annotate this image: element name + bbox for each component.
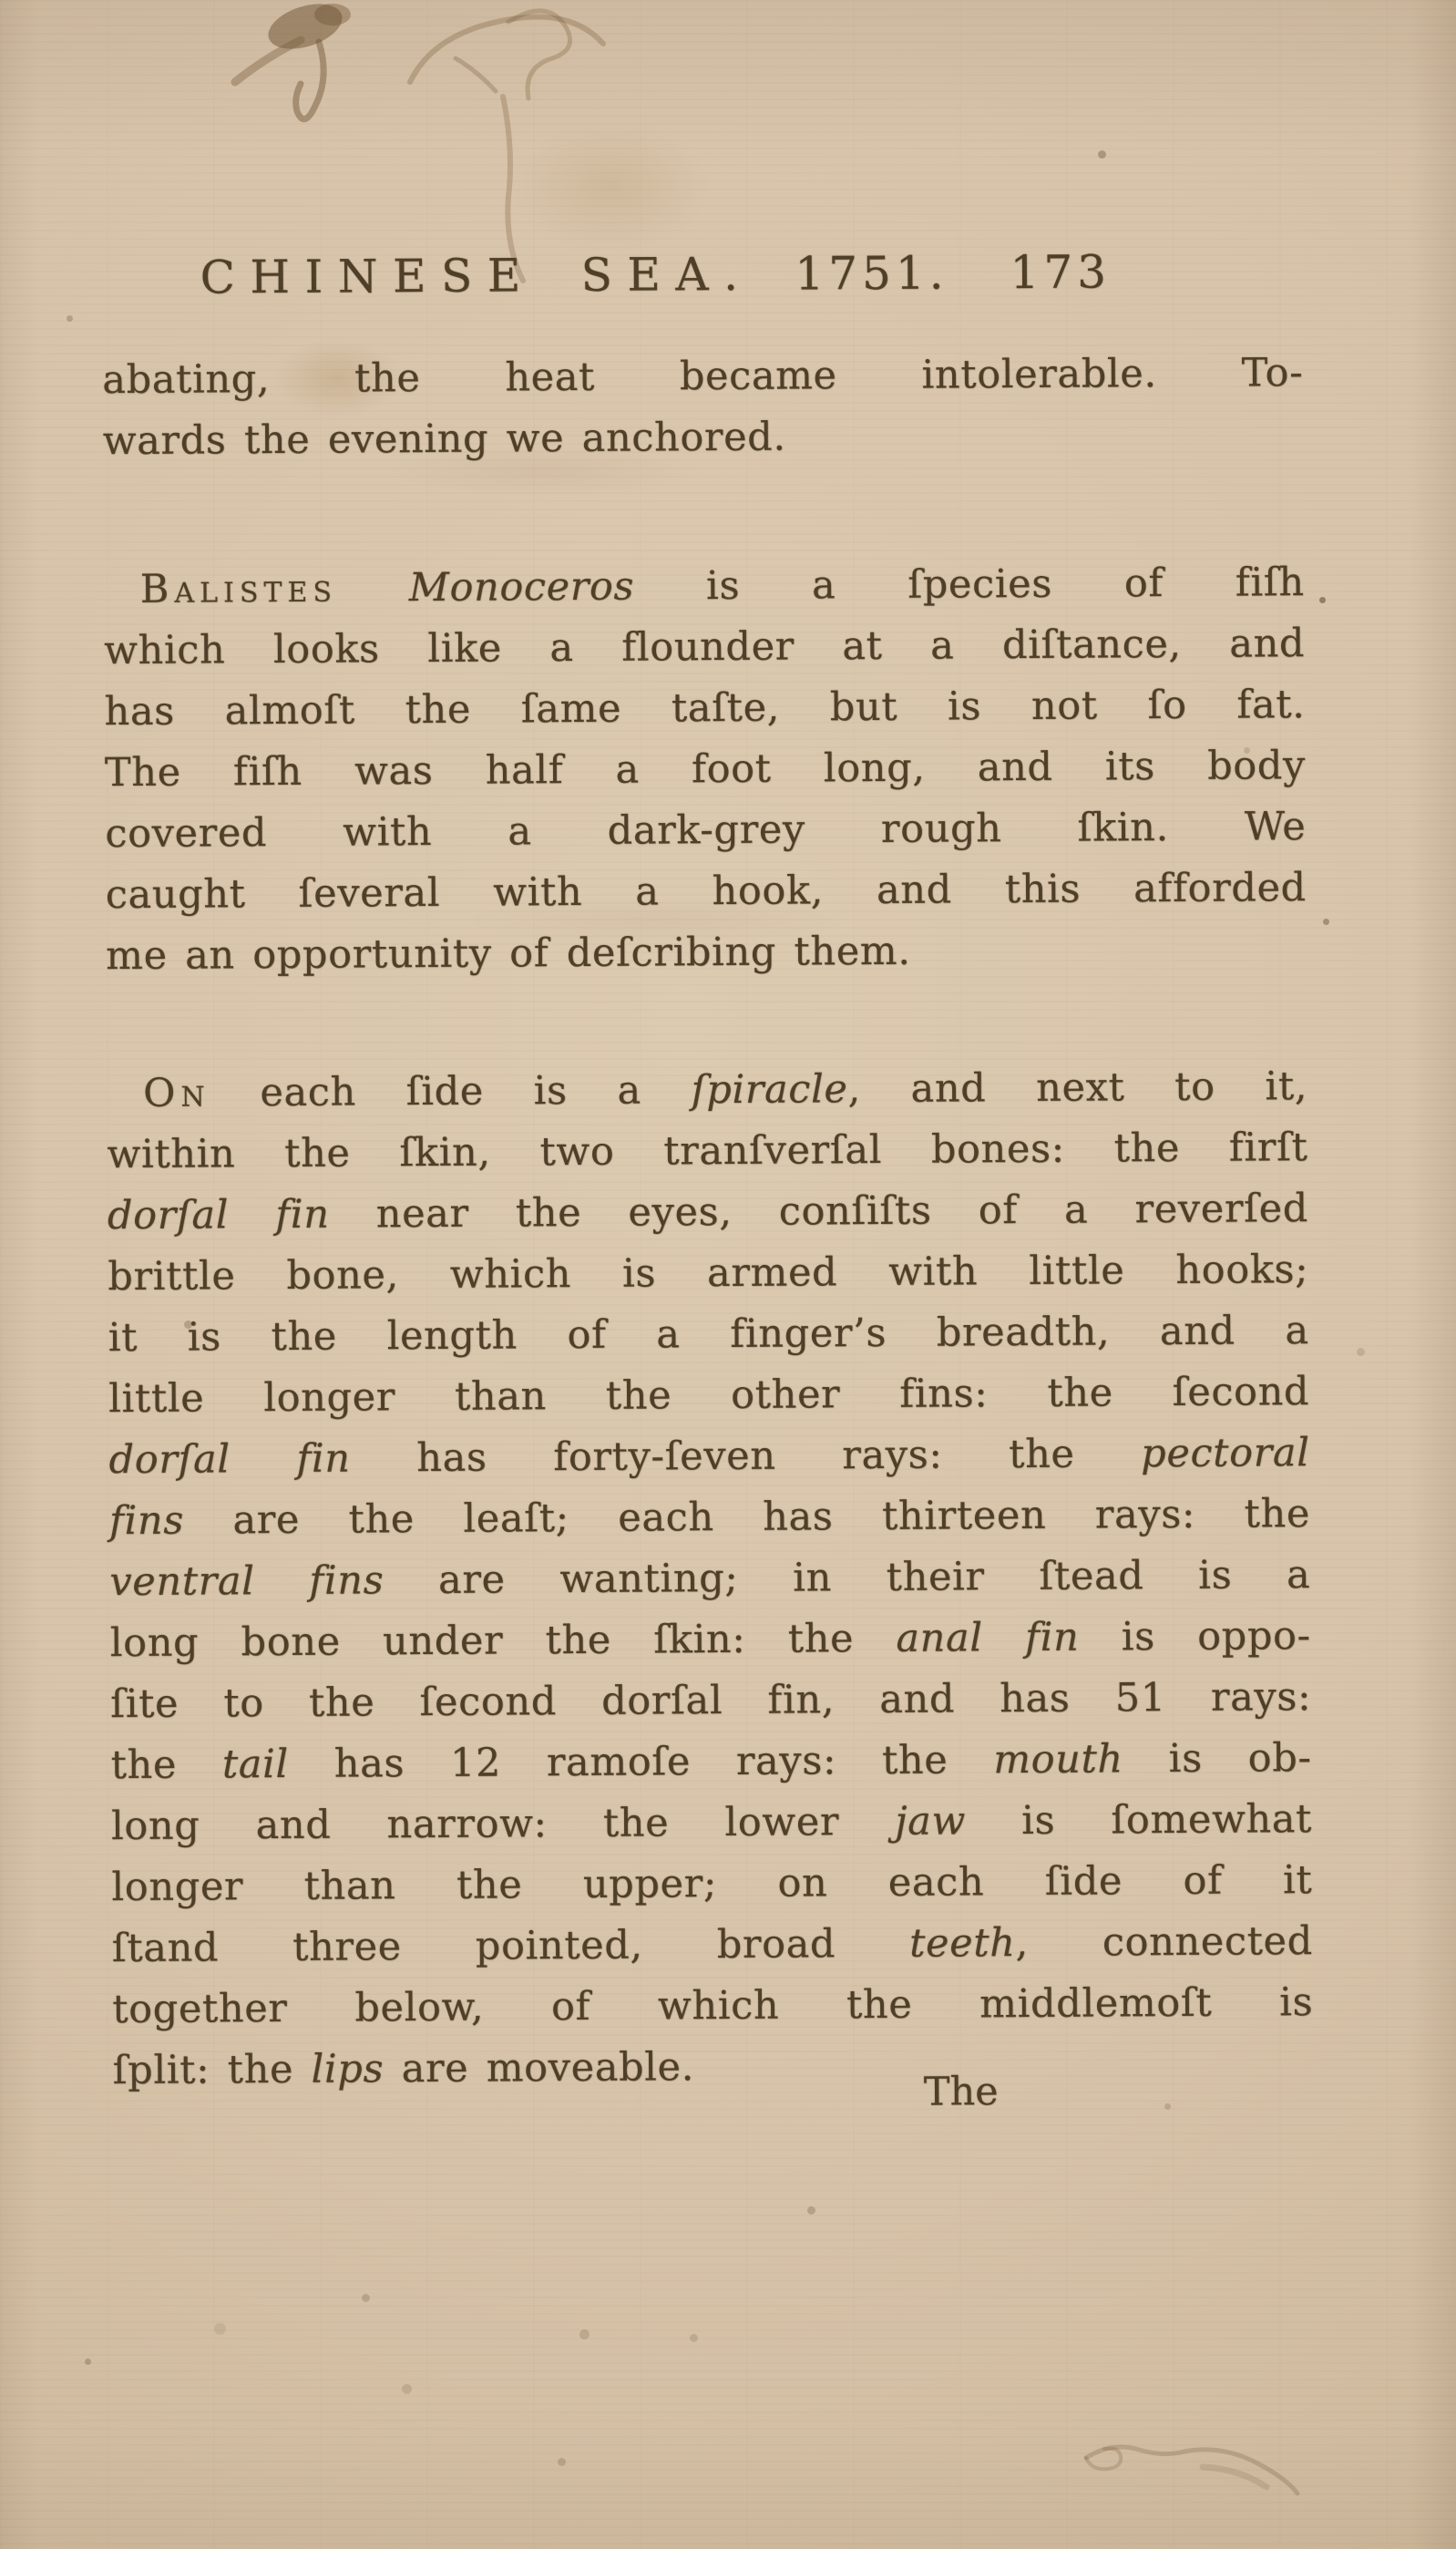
text-segment: is a ſpecies of fiſh bbox=[634, 560, 1305, 609]
header-title: CHINESE SEA. bbox=[200, 248, 753, 304]
text-line: wards the evening we anchored. bbox=[103, 404, 1304, 472]
text-segment: caught ſeveral with a hook, and this aff… bbox=[106, 865, 1307, 918]
text-line: ſtand three pointed, broad teeth, connec… bbox=[112, 1911, 1313, 1979]
body-text: abating, the heat became intolerable. To… bbox=[102, 343, 1314, 2102]
text-line: fins are the leaſt; each has thirteen ra… bbox=[109, 1484, 1310, 1552]
text-line: abating, the heat became intolerable. To… bbox=[102, 343, 1303, 411]
text-line: it is the length of a finger’s breadth, … bbox=[108, 1300, 1309, 1369]
paragraph: Balistes Monoceros is a ſpecies of fiſhw… bbox=[104, 552, 1307, 987]
paragraph: On each ſide is a ſpiracle, and next to … bbox=[107, 1056, 1314, 2102]
text-segment: tail bbox=[222, 1742, 289, 1787]
text-line: The fiſh was half a foot long, and its b… bbox=[105, 735, 1306, 804]
running-header: CHINESE SEA. 1751. 173 bbox=[101, 244, 1302, 304]
text-segment: the bbox=[110, 1742, 222, 1788]
text-segment: which looks like a flounder at a diſtanc… bbox=[104, 621, 1305, 673]
paper-specks bbox=[0, 0, 6, 6]
text-line: Balistes Monoceros is a ſpecies of fiſh bbox=[104, 552, 1305, 621]
text-segment: near the eyes, conſiſts of a reverſed bbox=[329, 1186, 1308, 1238]
text-segment: has forty-ſeven rays: the bbox=[351, 1431, 1142, 1481]
text-segment: each ſide is a bbox=[210, 1067, 692, 1115]
text-segment: is oppo- bbox=[1079, 1613, 1311, 1660]
text-segment: lips bbox=[311, 2046, 384, 2092]
text-segment: long bone under the ſkin: the bbox=[110, 1616, 897, 1666]
text-segment: together below, of which the middlemoſt … bbox=[112, 1979, 1313, 2032]
text-segment: mouth bbox=[993, 1736, 1123, 1783]
text-line: ventral fins are wanting; in their ſtead… bbox=[109, 1545, 1310, 1613]
text-line: caught ſeveral with a hook, and this aff… bbox=[106, 858, 1307, 926]
text-line: covered with a dark-grey rough ſkin. We bbox=[105, 797, 1306, 865]
text-segment: covered with a dark-grey rough ſkin. We bbox=[105, 804, 1306, 857]
text-line: little longer than the other fins: the ſ… bbox=[108, 1362, 1309, 1430]
text-line: longer than the upper; on each ſide of i… bbox=[111, 1850, 1312, 1918]
text-segment: dorſal fin bbox=[108, 1192, 330, 1239]
text-segment: pectoral bbox=[1141, 1430, 1310, 1476]
text-segment: is ſomewhat bbox=[966, 1796, 1312, 1844]
catchword: The bbox=[924, 2069, 999, 2114]
text-line: dorſal fin near the eyes, conſiſts of a … bbox=[108, 1178, 1308, 1247]
text-segment: ſite to the ſecond dorſal fin, and has 5… bbox=[110, 1674, 1311, 1727]
text-segment: , and next to it, bbox=[847, 1064, 1307, 1112]
text-segment: me an opportunity of deſcribing them. bbox=[106, 929, 911, 979]
text-line: me an opportunity of deſcribing them. bbox=[106, 919, 1307, 987]
text-segment: are wanting; in their ſtead is a bbox=[384, 1552, 1310, 1603]
text-line: together below, of which the middlemoſt … bbox=[112, 1972, 1313, 2040]
text-segment: wards the evening we anchored. bbox=[103, 415, 786, 465]
text-segment: has 12 ramoſe rays: the bbox=[289, 1737, 994, 1787]
text-line: which looks like a flounder at a diſtanc… bbox=[104, 613, 1305, 682]
text-segment: dorſal fin bbox=[108, 1436, 350, 1484]
printed-area: CHINESE SEA. 1751. 173 abating, the heat… bbox=[0, 0, 1456, 2549]
text-segment: are moveable. bbox=[384, 2044, 694, 2092]
header-page-number: 173 bbox=[1010, 245, 1111, 299]
text-segment: Balistes bbox=[140, 566, 338, 612]
text-line: brittle bone, which is armed with little… bbox=[108, 1239, 1308, 1308]
text-line: ſplit: the lips are moveable. bbox=[112, 2033, 1313, 2102]
header-year: 1751. bbox=[795, 247, 948, 301]
text-line: long and narrow: the lower jaw is ſomewh… bbox=[111, 1789, 1312, 1857]
text-segment: ſpiracle bbox=[692, 1066, 848, 1113]
text-segment: jaw bbox=[895, 1798, 966, 1844]
text-line: dorſal fin has forty-ſeven rays: the pec… bbox=[108, 1423, 1309, 1491]
text-segment: are the leaſt; each has thirteen rays: t… bbox=[184, 1491, 1310, 1544]
text-segment: The fiſh was half a foot long, and its b… bbox=[105, 743, 1306, 796]
text-segment: long and narrow: the lower bbox=[111, 1799, 896, 1849]
text-segment bbox=[337, 565, 409, 611]
text-segment: longer than the upper; on each ſide of i… bbox=[111, 1857, 1312, 1910]
text-line: has almoſt the ſame taſte, but is not ſo… bbox=[104, 674, 1305, 743]
text-segment: fins bbox=[109, 1498, 184, 1545]
text-segment: has almoſt the ſame taſte, but is not ſo… bbox=[104, 682, 1305, 735]
scanned-book-page: CHINESE SEA. 1751. 173 abating, the heat… bbox=[0, 0, 1456, 2549]
text-line: ſite to the ſecond dorſal fin, and has 5… bbox=[110, 1667, 1311, 1735]
text-segment: abating, the heat became intolerable. To… bbox=[102, 350, 1303, 403]
text-segment: Monoceros bbox=[409, 564, 635, 612]
text-line: long bone under the ſkin: the anal fin i… bbox=[110, 1606, 1311, 1674]
text-segment: little longer than the other fins: the ſ… bbox=[108, 1369, 1309, 1422]
text-line: On each ſide is a ſpiracle, and next to … bbox=[107, 1056, 1307, 1125]
text-line: the tail has 12 ramoſe rays: the mouth i… bbox=[110, 1728, 1311, 1796]
text-segment: teeth bbox=[909, 1920, 1016, 1967]
text-line: within the ſkin, two tranſverſal bones: … bbox=[107, 1117, 1307, 1186]
text-segment: , connected bbox=[1015, 1918, 1313, 1966]
text-segment: is ob- bbox=[1123, 1735, 1312, 1782]
text-segment: it is the length of a finger’s breadth, … bbox=[108, 1308, 1309, 1361]
text-segment: ventral fins bbox=[109, 1557, 384, 1605]
text-segment: On bbox=[143, 1070, 210, 1115]
text-segment: brittle bone, which is armed with little… bbox=[108, 1247, 1308, 1300]
paragraph: abating, the heat became intolerable. To… bbox=[102, 343, 1304, 472]
text-segment: ſplit: the bbox=[113, 2047, 312, 2093]
text-segment: anal fin bbox=[896, 1615, 1079, 1661]
text-segment: ſtand three pointed, broad bbox=[112, 1921, 910, 1971]
text-segment: within the ſkin, two tranſverſal bones: … bbox=[107, 1125, 1307, 1177]
